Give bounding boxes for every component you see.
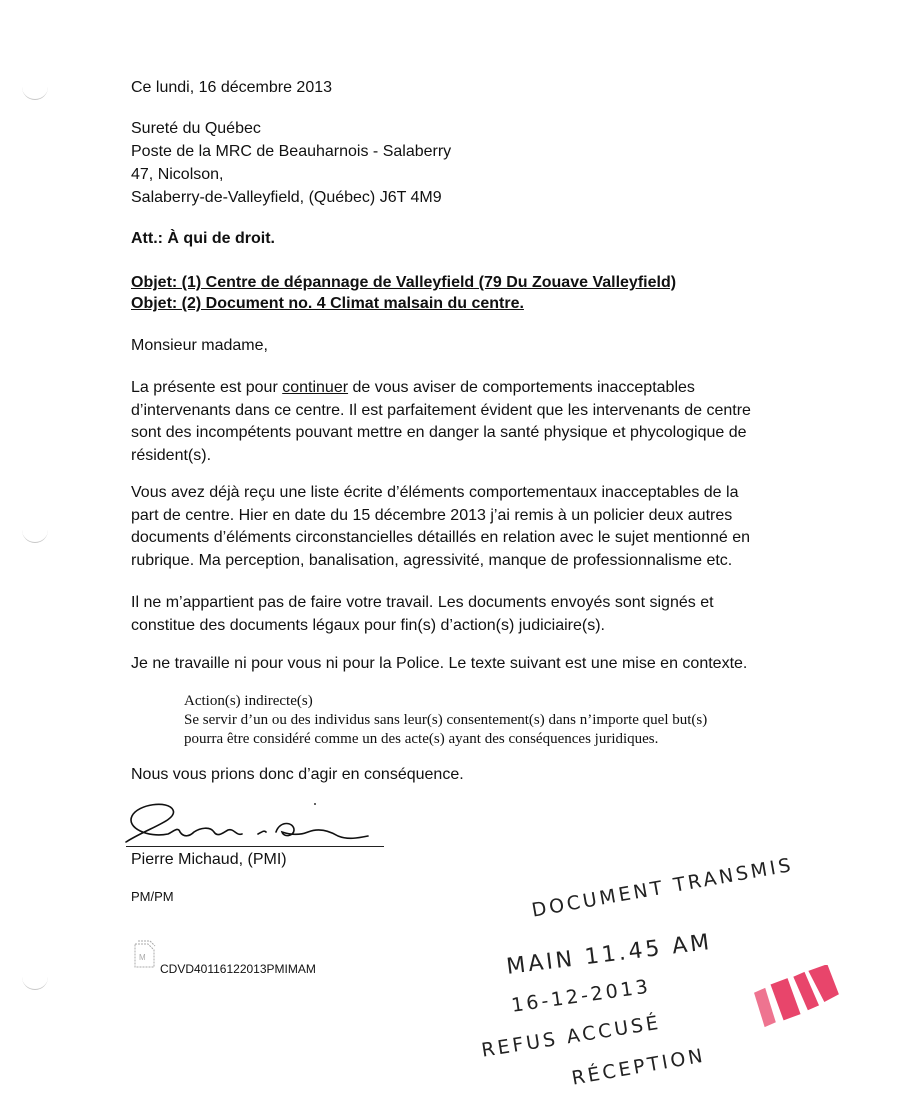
punch-hole-mark: [22, 85, 48, 100]
text-line: rubrique. Ma perception, banalisation, a…: [131, 550, 750, 573]
file-icon: M: [134, 940, 156, 968]
quote-title: Action(s) indirecte(s): [184, 692, 707, 711]
recipient-line: 47, Nicolson,: [131, 164, 224, 186]
handwritten-note-line: RÉCEPTION: [570, 1045, 707, 1090]
underlined-word: continuer: [282, 379, 348, 396]
text-line: résident(s).: [131, 445, 751, 468]
text-line: d’intervenants dans ce centre. Il est pa…: [131, 400, 751, 423]
letter-date: Ce lundi, 16 décembre 2013: [131, 77, 332, 99]
paragraph-4: Je ne travaille ni pour vous ni pour la …: [131, 653, 747, 675]
paragraph-2: Vous avez déjà reçu une liste écrite d’é…: [131, 482, 750, 572]
subject-line: Objet: (1) Centre de dépannage de Valley…: [131, 272, 676, 294]
text-line: documents d’éléments circonstancielles d…: [131, 527, 750, 550]
text-line: constitue des documents légaux pour fin(…: [131, 615, 714, 638]
text: de vous aviser de comportements inaccept…: [348, 379, 695, 396]
text-line: sont des incompétents pouvant mettre en …: [131, 422, 751, 445]
signer-name: Pierre Michaud, (PMI): [131, 849, 287, 871]
subject-line: Objet: (2) Document no. 4 Climat malsain…: [131, 293, 524, 315]
red-ink-stamp: [745, 965, 845, 1035]
handwritten-note-line: DOCUMENT TRANSMIS: [530, 854, 795, 922]
handwritten-note-line: MAIN 11.45 AM: [505, 930, 713, 980]
handwritten-signature: [118, 798, 378, 848]
signature-line: [126, 846, 384, 847]
recipient-line: Sureté du Québec: [131, 118, 261, 140]
punch-hole-mark: [22, 975, 48, 990]
text-line: part de centre. Hier en date du 15 décem…: [131, 505, 750, 528]
quoted-definition: Action(s) indirecte(s) Se servir d’un ou…: [184, 692, 707, 749]
initials: PM/PM: [131, 889, 174, 904]
attention-line: Att.: À qui de droit.: [131, 228, 275, 250]
handwritten-note-line: REFUS ACCUSÉ: [480, 1012, 663, 1062]
text-line: Il ne m’appartient pas de faire votre tr…: [131, 592, 714, 615]
salutation: Monsieur madame,: [131, 335, 268, 357]
text: La présente est pour: [131, 379, 282, 396]
paragraph-1: La présente est pour continuer de vous a…: [131, 377, 751, 467]
paragraph-3: Il ne m’appartient pas de faire votre tr…: [131, 592, 714, 637]
recipient-line: Salaberry-de-Valleyfield, (Québec) J6T 4…: [131, 187, 442, 209]
quote-line: Se servir d’un ou des individus sans leu…: [184, 711, 707, 730]
punch-hole-mark: [22, 528, 48, 543]
scanned-letter-page: Ce lundi, 16 décembre 2013 Sureté du Qué…: [0, 0, 900, 1100]
svg-text:M: M: [139, 953, 146, 962]
quote-line: pourra être considéré comme un des acte(…: [184, 730, 707, 749]
closing-line: Nous vous prions donc d’agir en conséque…: [131, 764, 464, 786]
handwritten-note-line: 16-12-2013: [510, 975, 652, 1016]
text-line: Vous avez déjà reçu une liste écrite d’é…: [131, 482, 750, 505]
attachment-filename: CDVD40116122013PMIMAM: [160, 962, 316, 976]
recipient-line: Poste de la MRC de Beauharnois - Salaber…: [131, 141, 451, 163]
